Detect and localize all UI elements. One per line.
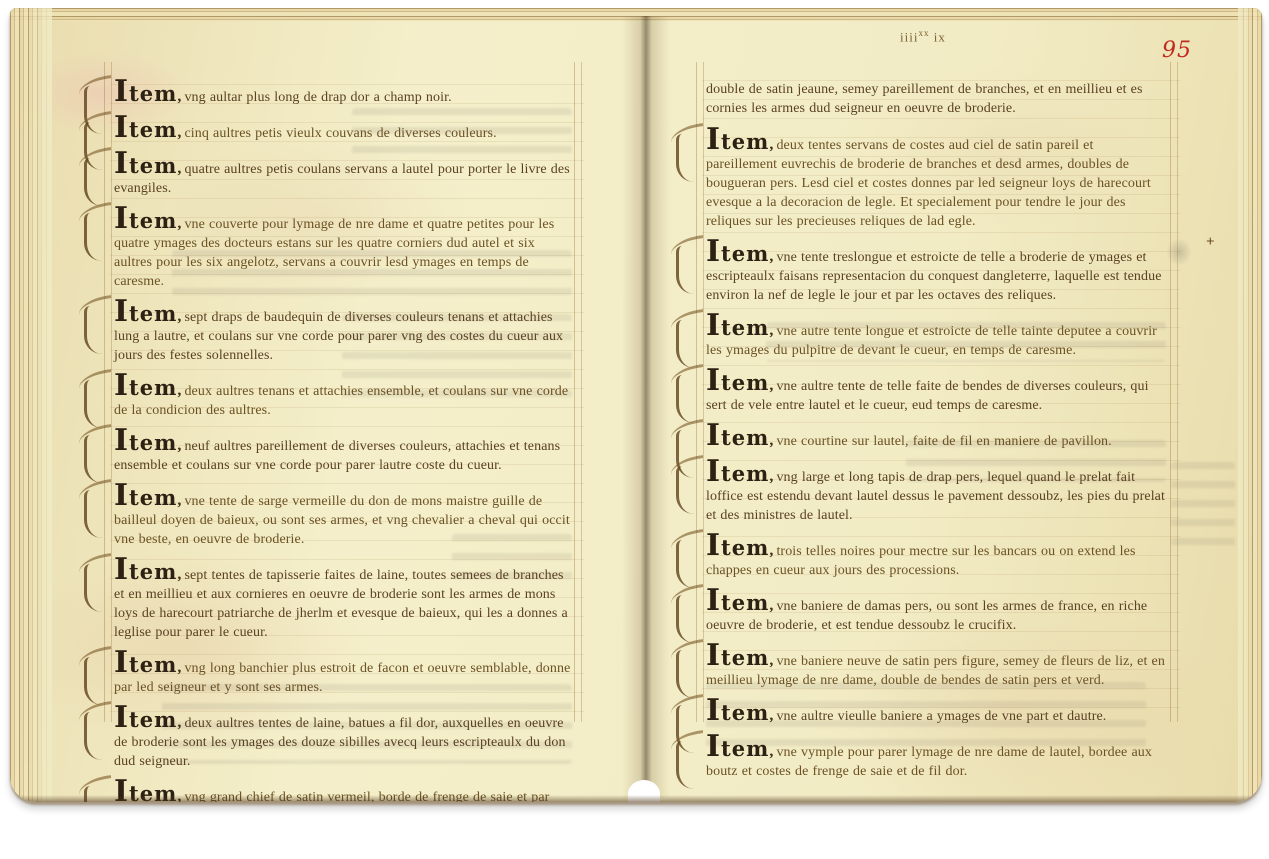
entry-text: vne aultre vieulle baniere a ymages de v… xyxy=(776,709,1106,724)
entry-initial: Item xyxy=(114,378,177,395)
quire-signature: iiiixx ix xyxy=(900,28,946,45)
inventory-entry: Item,vne couverte pour lymage de nre dam… xyxy=(114,211,572,291)
entry-initial: Item xyxy=(114,433,177,450)
entry-initial: Item xyxy=(706,373,769,390)
inventory-entry: Item,deux aultres tentes de laine, batue… xyxy=(114,710,572,771)
margin-rule-right xyxy=(574,62,582,722)
entry-initial: Item xyxy=(706,464,769,481)
inventory-entry: Item,sept tentes de tapisserie faites de… xyxy=(114,562,572,642)
entry-continuation: double de satin jeaune, semey pareilleme… xyxy=(706,80,1166,118)
entry-initial: Item xyxy=(706,648,769,665)
right-text-column: double de satin jeaune, semey pareilleme… xyxy=(706,80,1166,794)
inventory-entry: Item,vne autre tente longue et estroicte… xyxy=(706,318,1166,360)
entry-initial: Item xyxy=(114,120,177,137)
inventory-entry: Item,vne aultre vieulle baniere a ymages… xyxy=(706,703,1166,726)
entry-text: vng aultar plus long de drap dor a champ… xyxy=(184,90,451,105)
entry-initial: Item xyxy=(114,156,177,173)
show-through xyxy=(1171,462,1235,548)
entry-initial: Item xyxy=(706,244,769,261)
margin-rule-left xyxy=(696,62,704,722)
entry-initial: Item xyxy=(706,132,769,149)
entry-initial: Item xyxy=(706,318,769,335)
entry-initial: Item xyxy=(706,739,769,756)
quire-base: iiii xyxy=(900,29,918,44)
inventory-entry: Item,sept draps de baudequin de diverses… xyxy=(114,304,572,365)
page-edges-left xyxy=(10,8,52,802)
left-text-column: Item,vng aultar plus long de drap dor a … xyxy=(114,84,572,802)
margin-rule-right xyxy=(1170,62,1178,722)
inventory-entry: Item,vne aultre tente de telle faite de … xyxy=(706,373,1166,415)
page-edges-right xyxy=(1238,8,1262,802)
inventory-entry: Item,vne baniere neuve de satin pers fig… xyxy=(706,648,1166,690)
inventory-entry: Item,vne tente treslongue et estroicte d… xyxy=(706,244,1166,305)
inventory-entry: Item,vne tente de sarge vermeille du don… xyxy=(114,488,572,549)
inventory-entry: Item,deux aultres tenans et attachies en… xyxy=(114,378,572,420)
entry-initial: Item xyxy=(706,538,769,555)
entry-text: cinq aultres petis vieulx couvans de div… xyxy=(184,126,496,141)
entry-initial: Item xyxy=(114,211,177,228)
inventory-entry: Item,vng aultar plus long de drap dor a … xyxy=(114,84,572,107)
inventory-entry: Item,deux tentes servans de costes aud c… xyxy=(706,132,1166,231)
quire-suffix: ix xyxy=(934,29,946,44)
manuscript-book: Item,vng aultar plus long de drap dor a … xyxy=(10,8,1262,802)
inventory-entry: Item,vng grand chief de satin vermeil, b… xyxy=(114,784,572,802)
entry-initial: Item xyxy=(706,428,769,445)
entry-initial: Item xyxy=(114,488,177,505)
inventory-entry: Item,trois telles noires pour mectre sur… xyxy=(706,538,1166,580)
entry-initial: Item xyxy=(114,84,177,101)
entry-initial: Item xyxy=(114,304,177,321)
inventory-entry: Item,neuf aultres pareillement de divers… xyxy=(114,433,572,475)
page-edges-top xyxy=(10,8,1262,21)
inventory-entry: Item,cinq aultres petis vieulx couvans d… xyxy=(114,120,572,143)
inventory-entry: Item,vng long banchier plus estroit de f… xyxy=(114,655,572,697)
inventory-entry: Item,vng large et long tapis de drap per… xyxy=(706,464,1166,525)
folio-number: 95 xyxy=(1162,38,1192,63)
entry-initial: Item xyxy=(706,593,769,610)
left-page: Item,vng aultar plus long de drap dor a … xyxy=(52,22,646,792)
inventory-entry: Item,vne vymple pour parer lymage de nre… xyxy=(706,739,1166,781)
inventory-entry: Item,vne courtine sur lautel, faite de f… xyxy=(706,428,1166,451)
inventory-entry: Item,vne baniere de damas pers, ou sont … xyxy=(706,593,1166,635)
entry-initial: Item xyxy=(114,784,177,801)
quire-superscript: xx xyxy=(918,28,929,38)
entry-text: vne courtine sur lautel, faite de fil en… xyxy=(776,434,1111,449)
page-bottom-notch xyxy=(628,780,660,802)
entry-initial: Item xyxy=(114,710,177,727)
margin-cross-mark: + xyxy=(1206,234,1215,251)
entry-initial: Item xyxy=(706,703,769,720)
margin-smudge xyxy=(1161,232,1197,272)
inventory-entry: Item,quatre aultres petis coulans servan… xyxy=(114,156,572,198)
entry-initial: Item xyxy=(114,655,177,672)
right-page: iiiixx ix 95 + double de satin jeaune, s… xyxy=(646,22,1238,792)
entry-initial: Item xyxy=(114,562,177,579)
